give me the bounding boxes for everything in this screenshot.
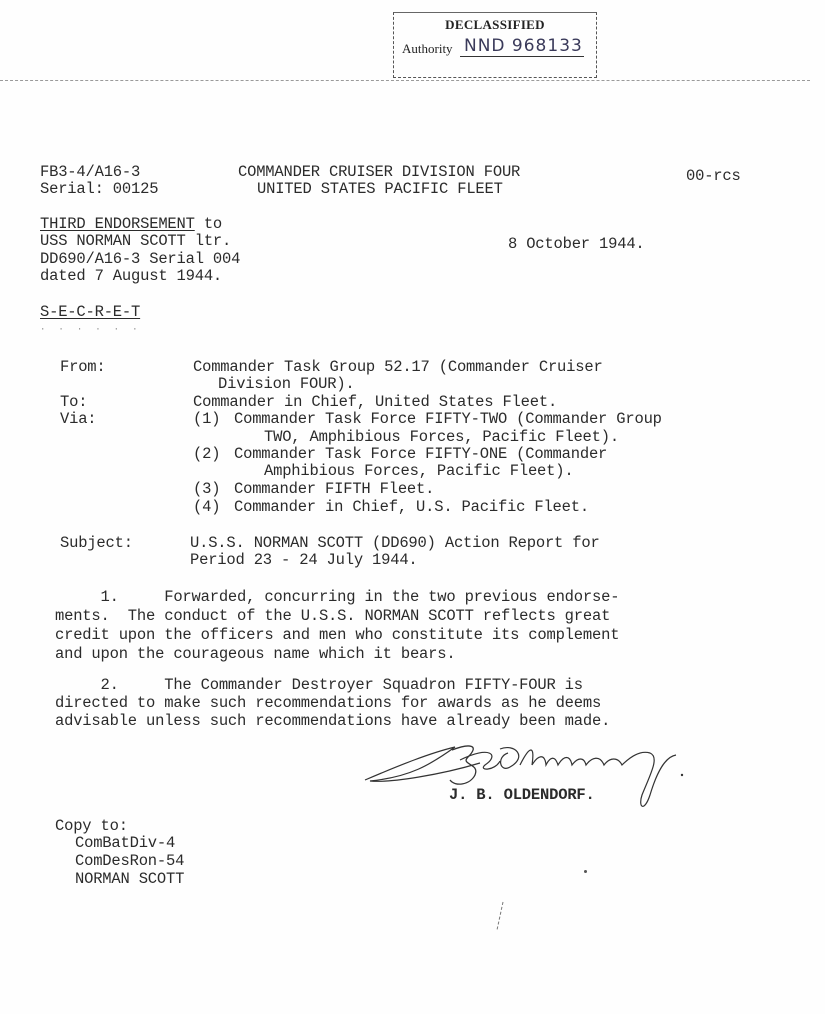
paragraph-2-line: directed to make such recommendations fo… — [55, 695, 610, 713]
endorsement-title: THIRD ENDORSEMENT — [40, 215, 195, 233]
via-item-3-num: (3) — [193, 481, 220, 498]
stamp-authority-label: Authority — [402, 41, 453, 57]
subject-line-1: U.S.S. NORMAN SCOTT (DD690) Action Repor… — [190, 535, 600, 552]
subject-line-2: Period 23 - 24 July 1944. — [190, 552, 418, 569]
signer-name: J. B. OLDENDORF. — [449, 787, 595, 804]
scan-stroke — [494, 900, 506, 938]
stamp-authority-number: NND 968133 — [460, 36, 584, 57]
serial-number: Serial: 00125 — [40, 181, 158, 198]
scan-speck — [584, 870, 587, 873]
from-label: From: — [60, 359, 106, 376]
paragraph-2-line: 2. The Commander Destroyer Squadron FIFT… — [55, 677, 610, 695]
to-label: To: — [60, 394, 87, 411]
document-date: 8 October 1944. — [508, 236, 645, 253]
endorsement-ref-line-4: dated 7 August 1944. — [40, 268, 222, 285]
to-value: Commander in Chief, United States Fleet. — [193, 394, 557, 411]
via-item-1-line-2: TWO, Amphibious Forces, Pacific Fleet). — [264, 429, 619, 446]
classification-marking: S-E-C-R-E-T — [40, 304, 140, 321]
paragraph-1-line: credit upon the officers and men who con… — [55, 627, 619, 646]
org-line-1: COMMANDER CRUISER DIVISION FOUR — [238, 164, 520, 181]
endorsement-ref-line-2: USS NORMAN SCOTT ltr. — [40, 233, 231, 250]
paragraph-1: 1. Forwarded, concurring in the two prev… — [55, 589, 619, 665]
from-line-2: Division FOUR). — [218, 376, 355, 393]
subject-label: Subject: — [60, 535, 133, 552]
via-label: Via: — [60, 411, 96, 428]
via-item-4-num: (4) — [193, 499, 220, 516]
copy-to-label: Copy to: — [55, 818, 128, 835]
via-item-2-line-1: Commander Task Force FIFTY-ONE (Commande… — [234, 446, 607, 463]
copy-to-recipient: NORMAN SCOTT — [75, 871, 184, 888]
copy-to-recipient: ComDesRon-54 — [75, 853, 184, 870]
document-page: DECLASSIFIED Authority NND 968133 FB3-4/… — [0, 0, 825, 1014]
copy-to-recipient: ComBatDiv-4 — [75, 835, 175, 852]
paragraph-1-line: 1. Forwarded, concurring in the two prev… — [55, 589, 619, 608]
from-line-1: Commander Task Group 52.17 (Commander Cr… — [193, 359, 603, 376]
org-line-2: UNITED STATES PACIFIC FLEET — [257, 181, 503, 198]
endorsement-ref-line-3: DD690/A16-3 Serial 004 — [40, 251, 240, 268]
endorsement-title-line: THIRD ENDORSEMENT to — [40, 216, 222, 233]
paragraph-2-line: advisable unless such recommendations ha… — [55, 713, 610, 731]
stamp-title: DECLASSIFIED — [394, 17, 596, 33]
via-item-1-num: (1) — [193, 411, 220, 428]
paragraph-1-line: ments. The conduct of the U.S.S. NORMAN … — [55, 608, 619, 627]
via-item-3-line-1: Commander FIFTH Fleet. — [234, 481, 434, 498]
endorsement-title-suffix: to — [195, 215, 222, 233]
paragraph-2: 2. The Commander Destroyer Squadron FIFT… — [55, 677, 610, 731]
file-code: FB3-4/A16-3 — [40, 164, 140, 181]
via-item-4-line-1: Commander in Chief, U.S. Pacific Fleet. — [234, 499, 589, 516]
paragraph-1-line: and upon the courageous name which it be… — [55, 646, 619, 665]
via-item-1-line-1: Commander Task Force FIFTY-TWO (Commande… — [234, 411, 662, 428]
via-item-2-line-2: Amphibious Forces, Pacific Fleet). — [264, 463, 573, 480]
classification-dots: ······ — [40, 325, 151, 335]
page-top-rule — [0, 80, 810, 81]
declassified-stamp: DECLASSIFIED Authority NND 968133 — [393, 12, 597, 78]
typist-initials: 00-rcs — [686, 168, 741, 185]
via-item-2-num: (2) — [193, 446, 220, 463]
